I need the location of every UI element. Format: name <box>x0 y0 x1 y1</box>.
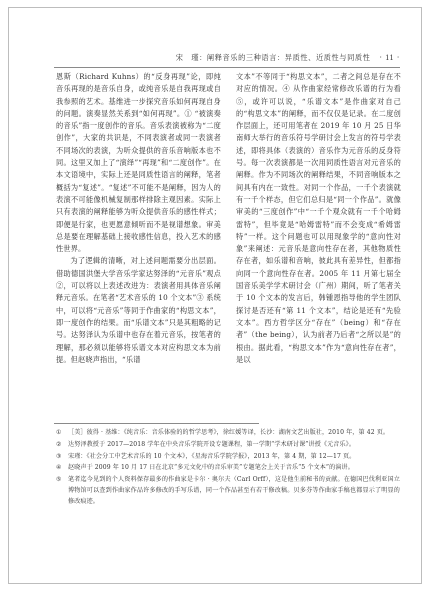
paragraph: 恩斯（Richard Kuhns）的“反身再现”论，即纯音乐再现的是音乐自身，或… <box>56 71 221 255</box>
footnote-text: ［美］彼得 · 基维：《纯音乐：音乐体验的的哲学思考》，徐红媛等译，长沙：湖南文… <box>68 428 400 439</box>
footnote-4: ④ 赵晓声于 2009 年 10 月 17 日在北京“多元文化中的音乐审美”专题… <box>56 463 400 474</box>
footnote-rule <box>54 423 259 424</box>
running-title: 宋 瑾：阐释音乐的三种语言：异质性、近质性与同质性 <box>176 53 371 62</box>
running-header: 宋 瑾：阐释音乐的三种语言：异质性、近质性与同质性 · 11 · <box>168 52 400 64</box>
footnote-marker: ① <box>56 428 68 439</box>
footnote-5: ⑤ 笔者迄今见到的个人资料保存最多的作曲家是卡尔 · 奥尔夫（Carl Orff… <box>56 475 400 507</box>
footnote-3: ③ 宋瑾：《社会分工中艺术音乐的 10 个文本》，《星海音乐学院学报》，2013… <box>56 452 400 463</box>
footnote-marker: ④ <box>56 463 68 474</box>
footnote-marker: ② <box>56 440 68 451</box>
paragraph: 为了逻辑的清晰，对上述问题需要分出层面。借助德国洪堡大学音乐学家达努泽的“元音乐… <box>56 255 221 366</box>
footnote-1: ① ［美］彼得 · 基维：《纯音乐：音乐体验的的哲学思考》，徐红媛等译，长沙：湖… <box>56 428 400 439</box>
footnote-marker: ⑤ <box>56 475 68 507</box>
footnote-2: ② 达努泽教授于 2017—2018 学年在中央音乐学院开设专题课程，第一学期“… <box>56 440 400 451</box>
footnote-text: 宋瑾：《社会分工中艺术音乐的 10 个文本》，《星海音乐学院学报》，2013 年… <box>68 452 400 463</box>
page-number: · 11 · <box>379 53 400 62</box>
footnote-marker: ③ <box>56 452 68 463</box>
left-column: 恩斯（Richard Kuhns）的“反身再现”论，即纯音乐再现的是音乐自身，或… <box>56 71 221 366</box>
paragraph: 文本”不等同于“构思文本”，二者之间总是存在不对应的情况。④ 从作曲家经常修改乐… <box>236 71 401 366</box>
footnote-text: 赵晓声于 2009 年 10 月 17 日在北京“多元文化中的音乐审美”专题笔会… <box>68 463 400 474</box>
header-rule <box>54 67 400 68</box>
footnote-text: 达努泽教授于 2017—2018 学年在中央音乐学院开设专题课程，第一学期“学术… <box>68 440 400 451</box>
right-column: 文本”不等同于“构思文本”，二者之间总是存在不对应的情况。④ 从作曲家经常修改乐… <box>236 71 401 366</box>
footnote-text: 笔者迄今见到的个人资料保存最多的作曲家是卡尔 · 奥尔夫（Carl Orff），… <box>68 475 400 507</box>
footnotes: ① ［美］彼得 · 基维：《纯音乐：音乐体验的的哲学思考》，徐红媛等译，长沙：湖… <box>56 428 400 508</box>
